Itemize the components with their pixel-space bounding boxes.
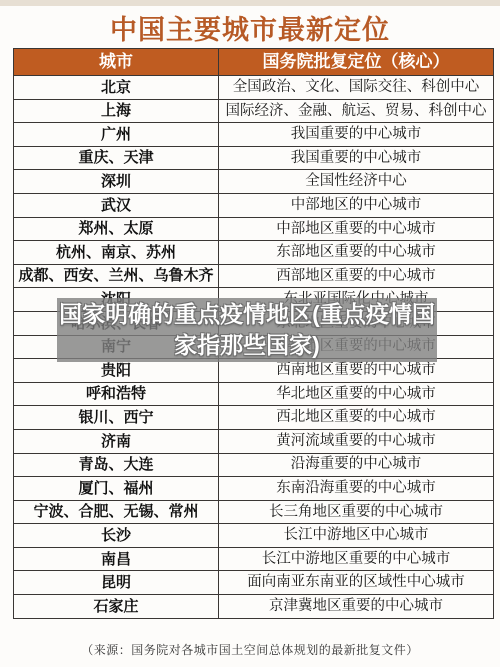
header-positioning: 国务院批复定位（核心） bbox=[219, 49, 494, 76]
city-cell: 深圳 bbox=[14, 170, 219, 194]
positioning-cell: 我国重要的中心城市 bbox=[219, 146, 494, 170]
city-cell: 贵阳 bbox=[14, 359, 219, 383]
table-row: 呼和浩特华北地区重要的中心城市 bbox=[14, 382, 494, 406]
city-cell: 南昌 bbox=[14, 547, 219, 571]
city-cell: 成都、西安、兰州、乌鲁木齐 bbox=[14, 264, 219, 288]
city-cell: 青岛、大连 bbox=[14, 453, 219, 477]
positioning-cell: 东南沿海重要的中心城市 bbox=[219, 477, 494, 501]
source-note: （来源：国务院对各城市国土空间总体规划的最新批复文件） bbox=[0, 641, 500, 658]
positioning-cell: 黄河流域重要的中心城市 bbox=[219, 429, 494, 453]
header-city: 城市 bbox=[14, 49, 219, 76]
positioning-cell: 面向南亚东南亚的区域性中心城市 bbox=[219, 571, 494, 595]
city-cell: 济南 bbox=[14, 429, 219, 453]
table-row: 宁波、合肥、无锡、常州长三角地区重要的中心城市 bbox=[14, 500, 494, 524]
table-row: 成都、西安、兰州、乌鲁木齐西部地区重要的中心城市 bbox=[14, 264, 494, 288]
positioning-cell: 西南地区重要的中心城市 bbox=[219, 359, 494, 383]
table-row: 杭州、南京、苏州东部地区重要的中心城市 bbox=[14, 241, 494, 265]
table-header-row: 城市 国务院批复定位（核心） bbox=[14, 49, 494, 76]
page-title: 中国主要城市最新定位 bbox=[0, 8, 500, 47]
positioning-cell: 中部地区重要的中心城市 bbox=[219, 217, 494, 241]
positioning-cell: 京津冀地区重要的中心城市 bbox=[219, 595, 494, 619]
watermark-title-overlay: 国家明确的重点疫情地区(重点疫情国 家指那些国家) bbox=[57, 298, 437, 362]
city-cell: 重庆、天津 bbox=[14, 146, 219, 170]
positioning-cell: 华北地区重要的中心城市 bbox=[219, 382, 494, 406]
positioning-cell: 长江中游地区重要的中心城市 bbox=[219, 547, 494, 571]
table-row: 石家庄京津冀地区重要的中心城市 bbox=[14, 595, 494, 619]
positioning-cell: 全国性经济中心 bbox=[219, 170, 494, 194]
table-row: 南昌长江中游地区重要的中心城市 bbox=[14, 547, 494, 571]
city-cell: 广州 bbox=[14, 123, 219, 147]
positioning-cell: 国际经济、金融、航运、贸易、科创中心 bbox=[219, 99, 494, 123]
positioning-cell: 东部地区重要的中心城市 bbox=[219, 241, 494, 265]
city-cell: 郑州、太原 bbox=[14, 217, 219, 241]
table-row: 青岛、大连沿海重要的中心城市 bbox=[14, 453, 494, 477]
city-cell: 上海 bbox=[14, 99, 219, 123]
table-row: 济南黄河流域重要的中心城市 bbox=[14, 429, 494, 453]
city-cell: 昆明 bbox=[14, 571, 219, 595]
table-row: 上海国际经济、金融、航运、贸易、科创中心 bbox=[14, 99, 494, 123]
table-row: 郑州、太原中部地区重要的中心城市 bbox=[14, 217, 494, 241]
top-accent-strip bbox=[0, 0, 500, 6]
city-cell: 长沙 bbox=[14, 524, 219, 548]
city-cell: 杭州、南京、苏州 bbox=[14, 241, 219, 265]
table-row: 北京全国政治、文化、国际交往、科创中心 bbox=[14, 76, 494, 100]
table-row: 武汉中部地区的中心城市 bbox=[14, 193, 494, 217]
positioning-cell: 长三角地区重要的中心城市 bbox=[219, 500, 494, 524]
positioning-cell: 西北地区重要的中心城市 bbox=[219, 406, 494, 430]
city-cell: 呼和浩特 bbox=[14, 382, 219, 406]
positioning-cell: 沿海重要的中心城市 bbox=[219, 453, 494, 477]
watermark-title-line2: 家指那些国家) bbox=[174, 330, 320, 361]
positioning-cell: 长江中游地区中心城市 bbox=[219, 524, 494, 548]
table-row: 长沙长江中游地区中心城市 bbox=[14, 524, 494, 548]
city-cell: 武汉 bbox=[14, 193, 219, 217]
city-cell: 银川、西宁 bbox=[14, 406, 219, 430]
table-row: 贵阳西南地区重要的中心城市 bbox=[14, 359, 494, 383]
positioning-cell: 西部地区重要的中心城市 bbox=[219, 264, 494, 288]
table-row: 重庆、天津我国重要的中心城市 bbox=[14, 146, 494, 170]
table-row: 昆明面向南亚东南亚的区域性中心城市 bbox=[14, 571, 494, 595]
positioning-cell: 中部地区的中心城市 bbox=[219, 193, 494, 217]
city-cell: 厦门、福州 bbox=[14, 477, 219, 501]
table-row: 深圳全国性经济中心 bbox=[14, 170, 494, 194]
city-cell: 北京 bbox=[14, 76, 219, 100]
positioning-cell: 全国政治、文化、国际交往、科创中心 bbox=[219, 76, 494, 100]
table-row: 广州我国重要的中心城市 bbox=[14, 123, 494, 147]
watermark-title-line1: 国家明确的重点疫情地区(重点疫情国 bbox=[59, 299, 435, 330]
city-cell: 石家庄 bbox=[14, 595, 219, 619]
city-cell: 宁波、合肥、无锡、常州 bbox=[14, 500, 219, 524]
positioning-cell: 我国重要的中心城市 bbox=[219, 123, 494, 147]
table-row: 银川、西宁西北地区重要的中心城市 bbox=[14, 406, 494, 430]
table-row: 厦门、福州东南沿海重要的中心城市 bbox=[14, 477, 494, 501]
